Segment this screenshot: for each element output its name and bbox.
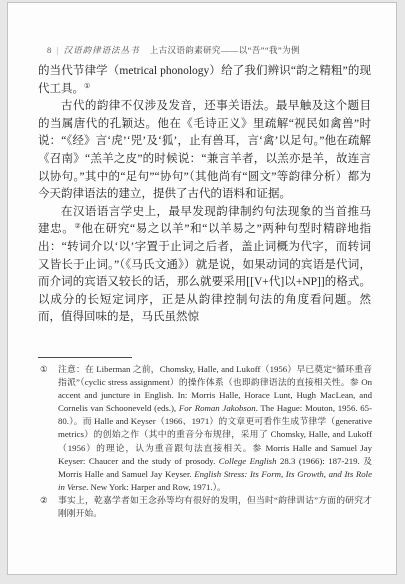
body-paragraph: 的当代节律学（metrical phonology）给了我们辨识“韵之精粗”的现… — [38, 63, 371, 98]
body-paragraph: 在汉语语言学史上，最早发现韵律制约句法现象的当首推马建忠。②他在研究“易之以羊”… — [38, 204, 371, 327]
page-number: 8 — [47, 45, 52, 55]
book-title: 上古汉语韵素研究——以“吾”“我”为例 — [150, 44, 300, 56]
footnote-ref: ① — [84, 82, 90, 90]
footnote-separator — [38, 357, 132, 358]
running-head: 8 | 汉语韵律语法丛书 上古汉语韵素研究——以“吾”“我”为例 — [47, 44, 300, 56]
text-run: 他在研究“易之以羊”和“以羊易之”两种句型时精辟地指出：“转词介以‘以’字置于止… — [38, 223, 371, 323]
text-run: For Roman Jakobson — [179, 403, 256, 413]
footnote-item: ①注意：在 Liberman 之前，Chomsky, Halle, and Lu… — [38, 363, 372, 494]
text-run: 事实上，乾嘉学者如王念孙等均有很好的发明，但当时“韵律训诂”方面的研究才刚刚开始… — [58, 495, 372, 518]
footnote-item: ②事实上，乾嘉学者如王念孙等均有很好的发明，但当时“韵律训诂”方面的研究才刚刚开… — [38, 494, 372, 520]
body-text: 的当代节律学（metrical phonology）给了我们辨识“韵之精粗”的现… — [38, 63, 371, 327]
footnotes: ①注意：在 Liberman 之前，Chomsky, Halle, and Lu… — [38, 363, 372, 520]
body-paragraph: 古代的韵律不仅涉及发音，还事关语法。最早触及这个题目的当属唐代的孔颖达。他在《毛… — [38, 98, 371, 204]
text-run: College English — [219, 456, 277, 466]
series-title: 汉语韵律语法丛书 — [64, 44, 140, 56]
footnote-marker: ② — [40, 494, 48, 507]
scanned-book-page: { "header": { "page_number": "8", "divid… — [0, 0, 405, 584]
text-run: 古代的韵律不仅涉及发音，还事关语法。最早触及这个题目的当属唐代的孔颖达。他在《毛… — [38, 100, 371, 200]
text-run: 的当代节律学（metrical phonology）给了我们辨识“韵之精粗”的现… — [38, 65, 371, 95]
book-page: 8 | 汉语韵律语法丛书 上古汉语韵素研究——以“吾”“我”为例 的当代节律学（… — [7, 2, 397, 575]
footnote-marker: ① — [40, 363, 48, 376]
header-divider: | — [57, 46, 59, 55]
text-run: . New York: Harper and Row, 1971.）。 — [86, 482, 226, 492]
